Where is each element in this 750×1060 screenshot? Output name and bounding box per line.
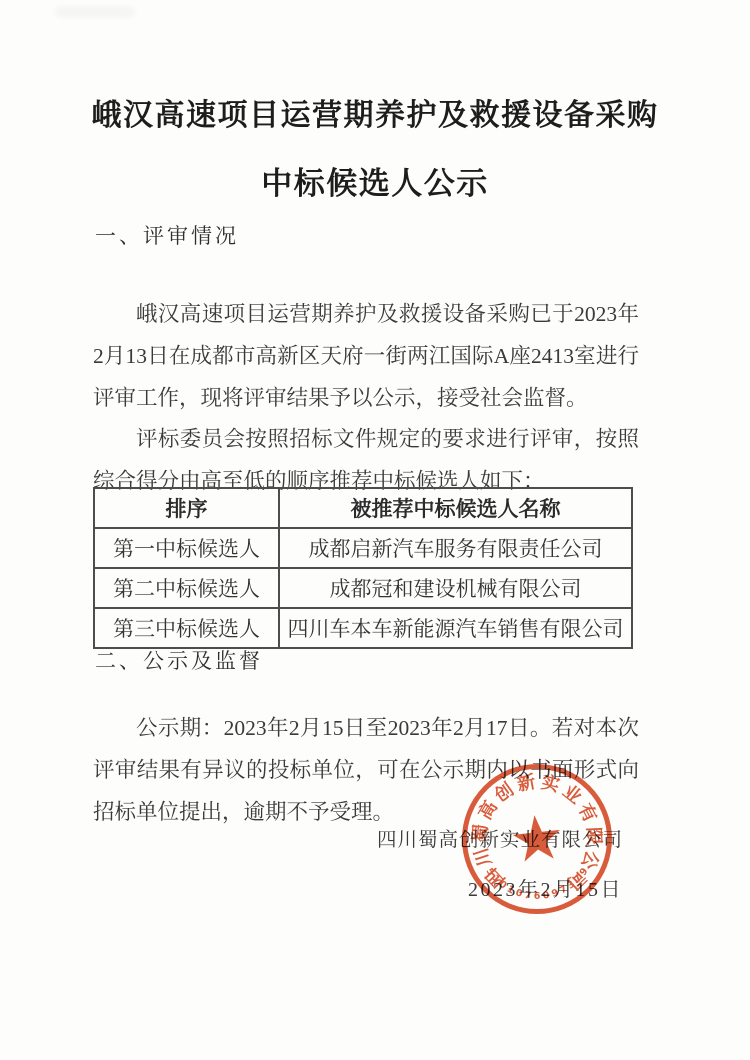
document-page: 峨汉高速项目运营期养护及救援设备采购 中标候选人公示 一、评审情况 峨汉高速项目…	[0, 0, 750, 1060]
seal-number: 5101076097379	[457, 759, 617, 919]
company-seal-stamp: ★ 四川蜀高创新实业有限公司 5101076097379	[457, 759, 617, 919]
table-row: 第三中标候选人 四川车本车新能源汽车销售有限公司	[94, 608, 632, 648]
cell-rank: 第三中标候选人	[94, 608, 279, 648]
header-candidate-name: 被推荐中标候选人名称	[279, 488, 632, 528]
cell-candidate-name: 成都启新汽车服务有限责任公司	[279, 528, 632, 568]
cell-candidate-name: 四川车本车新能源汽车销售有限公司	[279, 608, 632, 648]
document-title-line2: 中标候选人公示	[0, 158, 750, 203]
table-row: 第一中标候选人 成都启新汽车服务有限责任公司	[94, 528, 632, 568]
cell-rank: 第二中标候选人	[94, 568, 279, 608]
table-row: 第二中标候选人 成都冠和建设机械有限公司	[94, 568, 632, 608]
section2-heading: 二、公示及监督	[95, 645, 263, 675]
document-title-line1: 峨汉高速项目运营期养护及救援设备采购	[0, 90, 750, 134]
section1-paragraph1: 峨汉高速项目运营期养护及救援设备采购已于2023年2月13日在成都市高新区天府一…	[93, 293, 639, 419]
cell-candidate-name: 成都冠和建设机械有限公司	[279, 568, 632, 608]
scan-artifact	[55, 6, 135, 18]
header-rank: 排序	[94, 488, 279, 528]
candidates-table: 排序 被推荐中标候选人名称 第一中标候选人 成都启新汽车服务有限责任公司 第二中…	[93, 487, 633, 649]
table-header-row: 排序 被推荐中标候选人名称	[94, 488, 632, 528]
cell-rank: 第一中标候选人	[94, 528, 279, 568]
section1-heading: 一、评审情况	[95, 220, 239, 250]
